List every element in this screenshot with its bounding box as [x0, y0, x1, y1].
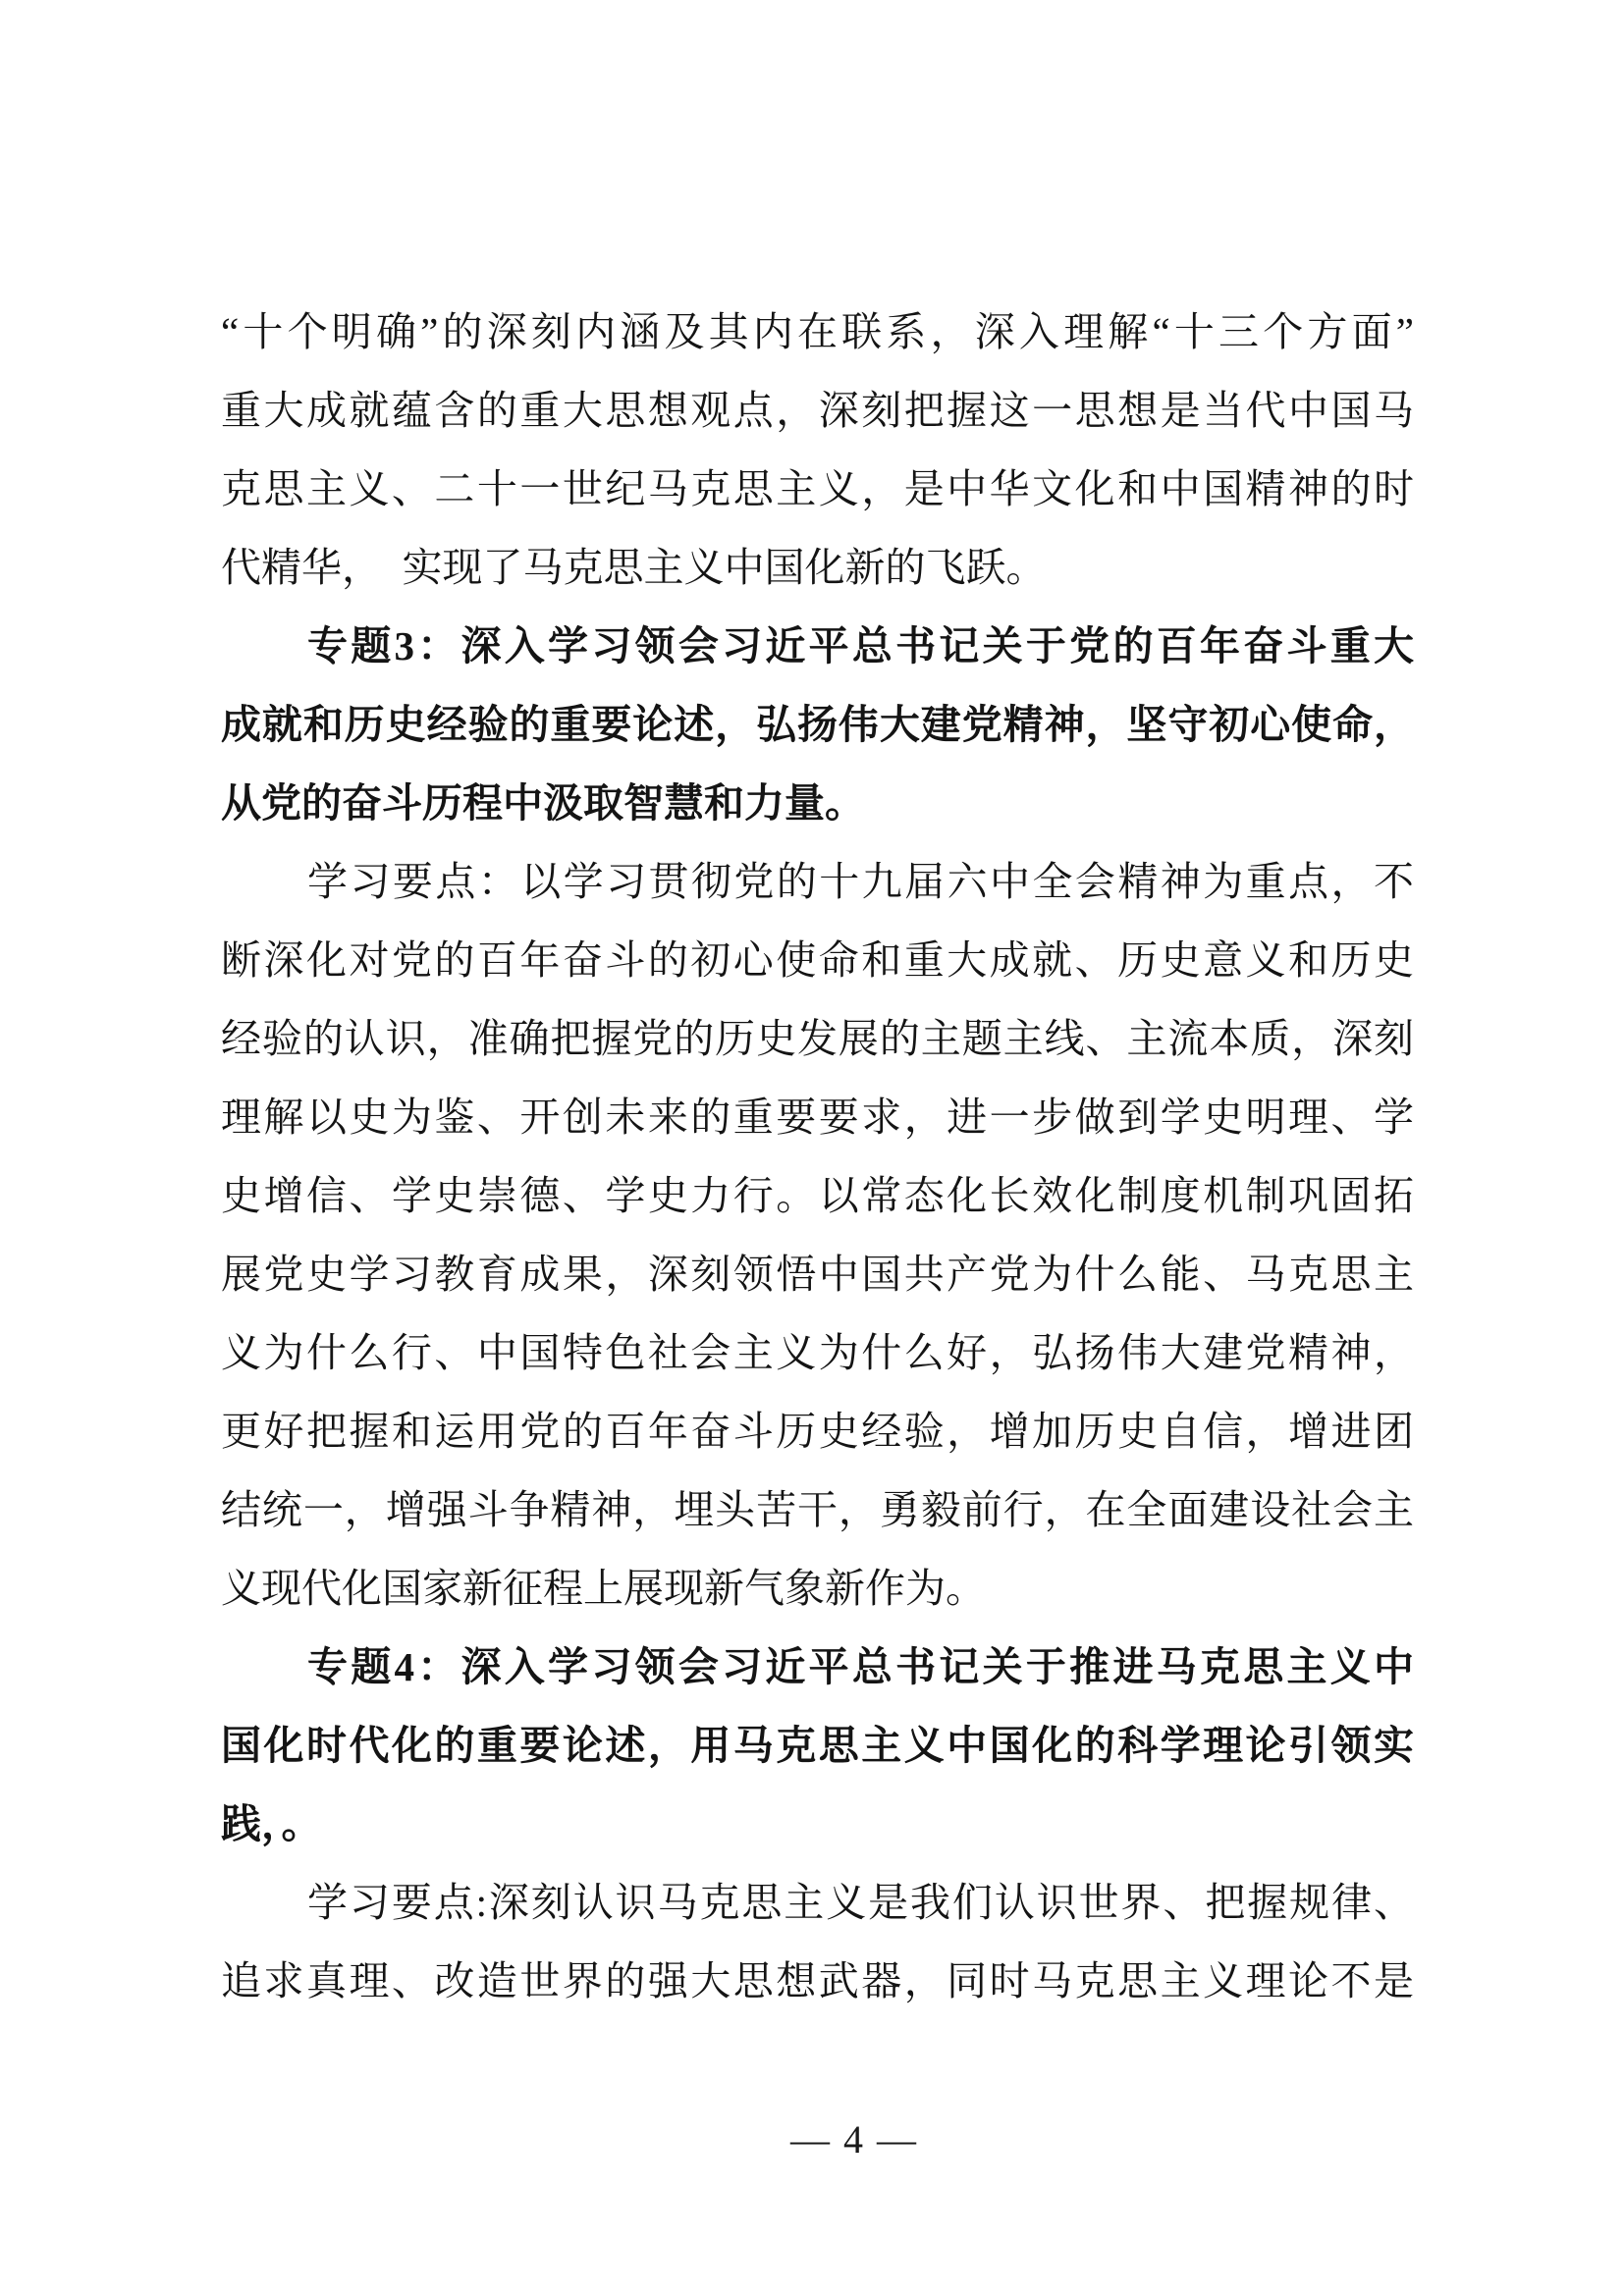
text-line: 克思主义、二十一世纪马克思主义，是中华文化和中国精神的时 [221, 450, 1414, 528]
text-line: 理解以史为鉴、开创未来的重要要求，进一步做到学史明理、学 [221, 1078, 1414, 1156]
text-line: 义现代化国家新征程上展现新气象新作为。 [221, 1549, 1414, 1628]
text-line: 义为什么行、中国特色社会主义为什么好，弘扬伟大建党精神， [221, 1313, 1414, 1392]
text-line: 代精华， 实现了马克思主义中国化新的飞跃。 [221, 528, 1414, 607]
document-text: “十个明确”的深刻内涵及其内在联系，深入理解“十三个方面” 重大成就蕴含的重大思… [221, 293, 1414, 2020]
text-line: 展党史学习教育成果，深刻领悟中国共产党为什么能、马克思主 [221, 1235, 1414, 1313]
text-line: 成就和历史经验的重要论述，弘扬伟大建党精神，坚守初心使命， [221, 685, 1414, 764]
text-line: “十个明确”的深刻内涵及其内在联系，深入理解“十三个方面” [221, 293, 1414, 371]
text-line-study-points: 学习要点：以学习贯彻党的十九届六中全会精神为重点，不 [221, 842, 1414, 921]
text-line-topic4-heading: 专题4：深入学习领会习近平总书记关于推进马克思主义中 [221, 1628, 1414, 1706]
text-line: 断深化对党的百年奋斗的初心使命和重大成就、历史意义和历史 [221, 921, 1414, 999]
text-line: 追求真理、改造世界的强大思想武器，同时马克思主义理论不是 [221, 1942, 1414, 2020]
text-line-study-points: 学习要点:深刻认识马克思主义是我们认识世界、把握规律、 [221, 1863, 1414, 1942]
text-line: 更好把握和运用党的百年奋斗历史经验，增加历史自信，增进团 [221, 1392, 1414, 1470]
text-line: 结统一，增强斗争精神，埋头苦干，勇毅前行，在全面建设社会主 [221, 1470, 1414, 1549]
text-line: 经验的认识，准确把握党的历史发展的主题主线、主流本质，深刻 [221, 999, 1414, 1078]
text-line-topic3-heading: 专题3：深入学习领会习近平总书记关于党的百年奋斗重大 [221, 607, 1414, 685]
page-number: — 4 — [790, 2118, 918, 2162]
text-line: 践，。 [221, 1785, 1414, 1863]
text-line: 从党的奋斗历程中汲取智慧和力量。 [221, 764, 1414, 842]
text-line: 史增信、学史崇德、学史力行。以常态化长效化制度机制巩固拓 [221, 1156, 1414, 1235]
text-line: 重大成就蕴含的重大思想观点，深刻把握这一思想是当代中国马 [221, 371, 1414, 450]
text-line: 国化时代化的重要论述，用马克思主义中国化的科学理论引领实 [221, 1706, 1414, 1785]
document-page: “十个明确”的深刻内涵及其内在联系，深入理解“十三个方面” 重大成就蕴含的重大思… [0, 0, 1624, 2296]
